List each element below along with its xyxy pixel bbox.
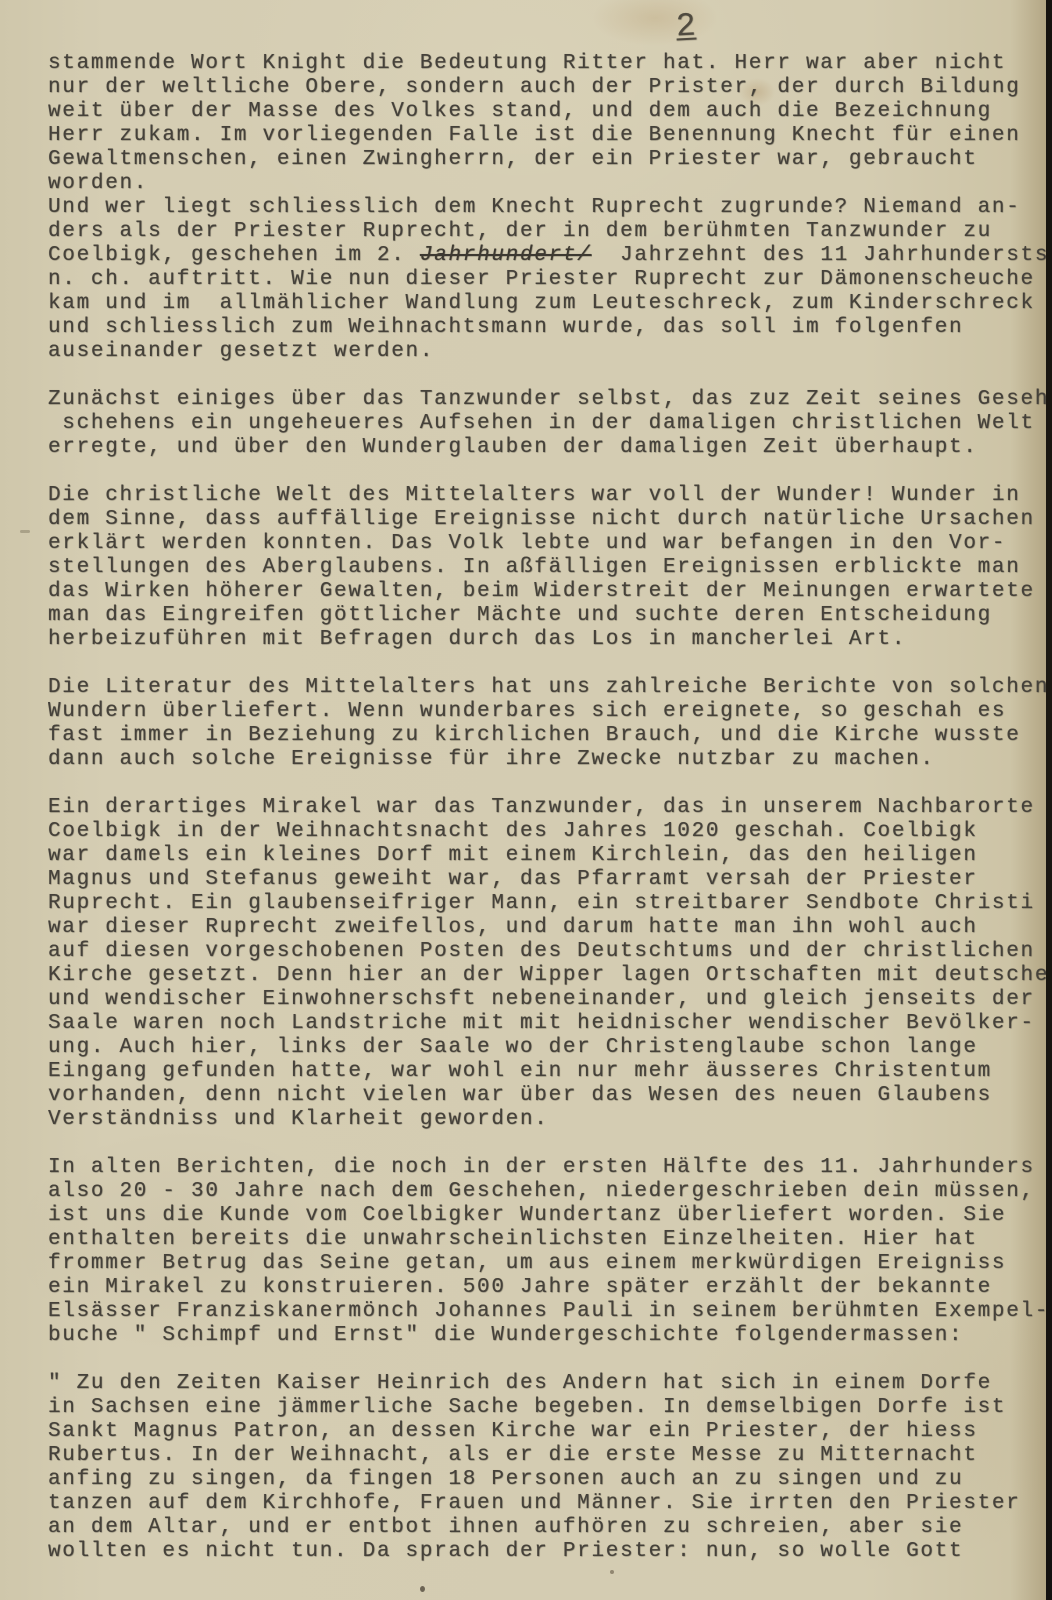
text-segment: Eingang gefunden hatte, war wohl ein nur…: [48, 1060, 992, 1083]
text-line: das Wirken höherer Gewalten, beim Widers…: [48, 580, 1052, 604]
text-line: war dieser Ruprecht zweifellos, und daru…: [48, 916, 1052, 940]
text-line: vorhanden, denn nicht vielen war über da…: [48, 1084, 1052, 1108]
text-segment: herbeizuführen mit Befragen durch das Lo…: [48, 628, 906, 651]
text-line: ist uns die Kunde vom Coelbigker Wundert…: [48, 1204, 1052, 1228]
ink-speck: [610, 1570, 614, 1574]
text-line: Sankt Magnus Patron, an dessen Kirche wa…: [48, 1420, 1052, 1444]
text-line: Die christliche Welt des Mittelalters wa…: [48, 484, 1052, 508]
text-segment: wollten es nicht tun. Da sprach der Prie…: [48, 1540, 963, 1563]
text-line: stellungen des Aberglaubens. In aßfällig…: [48, 556, 1052, 580]
text-segment: Saale waren noch Landstriche mit mit hei…: [48, 1012, 1035, 1035]
text-line: und wendischer Einwohnerschsft nebeneina…: [48, 988, 1052, 1012]
text-segment: stellungen des Aberglaubens. In aßfällig…: [48, 556, 1021, 579]
text-line: auseinander gesetzt werden.: [48, 340, 1052, 364]
text-segment: erklärt werden konnten. Das Volk lebte u…: [48, 532, 1006, 555]
text-segment: " Zu den Zeiten Kaiser Heinrich des Ande…: [48, 1372, 992, 1395]
text-line: Eingang gefunden hatte, war wohl ein nur…: [48, 1060, 1052, 1084]
text-segment: Ein derartiges Mirakel war das Tanzwunde…: [48, 796, 1035, 819]
paragraph: " Zu den Zeiten Kaiser Heinrich des Ande…: [48, 1372, 1052, 1564]
text-segment: Gewaltmenschen, einen Zwingherrn, der ei…: [48, 148, 978, 171]
page-number: 2: [675, 8, 697, 47]
text-line: worden.: [48, 172, 1052, 196]
text-segment: Verständniss und Klarheit geworden.: [48, 1108, 549, 1131]
paper-mark: [20, 530, 30, 533]
text-line: Coelbigk, geschehen im 2. Jahrhundert/ J…: [48, 244, 1052, 268]
text-line: weit über der Masse des Volkes stand, un…: [48, 100, 1052, 124]
paragraph: Ein derartiges Mirakel war das Tanzwunde…: [48, 796, 1052, 1132]
text-segment: nur der weltliche Obere, sondern auch de…: [48, 76, 1021, 99]
scan-edge: [1046, 0, 1052, 1600]
text-segment: an dem Altar, und er entbot ihnen aufhör…: [48, 1516, 963, 1539]
text-line: stammende Wort Knight die Bedeutung Ritt…: [48, 52, 1052, 76]
text-line: anfing zu singen, da fingen 18 Personen …: [48, 1468, 1052, 1492]
text-segment: in Sachsen eine jämmerliche Sache begebe…: [48, 1396, 1006, 1419]
text-segment: tanzen auf dem Kirchhofe, Frauen und Män…: [48, 1492, 1021, 1515]
text-segment: buche " Schimpf und Ernst" die Wunderges…: [48, 1324, 963, 1347]
text-segment: schehens ein ungeheueres Aufsehen in der…: [48, 412, 1052, 435]
text-segment: ders als der Priester Ruprecht, der in d…: [48, 220, 992, 243]
text-line: In alten Berichten, die noch in der erst…: [48, 1156, 1052, 1180]
text-line: auf diesen vorgeschobenen Posten des Deu…: [48, 940, 1052, 964]
text-segment: enthalten bereits die unwahrscheinlichst…: [48, 1228, 978, 1251]
text-segment: ist uns die Kunde vom Coelbigker Wundert…: [48, 1204, 1006, 1227]
text-line: Ein derartiges Mirakel war das Tanzwunde…: [48, 796, 1052, 820]
text-line: frommer Betrug das Seine getan, um aus e…: [48, 1252, 1052, 1276]
text-segment: Herr zukam. Im vorliegenden Falle ist di…: [48, 124, 1021, 147]
text-line: erklärt werden konnten. Das Volk lebte u…: [48, 532, 1052, 556]
text-segment: Sankt Magnus Patron, an dessen Kirche wa…: [48, 1420, 978, 1443]
text-segment: stammende Wort Knight die Bedeutung Ritt…: [48, 52, 1006, 75]
text-segment: Coelbigk in der Weihnachtsnacht des Jahr…: [48, 820, 978, 843]
text-segment: dann auch solche Ereignisse für ihre Zwe…: [48, 748, 935, 771]
text-line: nur der weltliche Obere, sondern auch de…: [48, 76, 1052, 100]
text-line: Coelbigk in der Weihnachtsnacht des Jahr…: [48, 820, 1052, 844]
text-segment: Magnus und Stefanus geweiht war, das Pfa…: [48, 868, 978, 891]
text-line: Magnus und Stefanus geweiht war, das Pfa…: [48, 868, 1052, 892]
text-segment: worden.: [48, 172, 148, 195]
text-line: in Sachsen eine jämmerliche Sache begebe…: [48, 1396, 1052, 1420]
text-line: an dem Altar, und er entbot ihnen aufhör…: [48, 1516, 1052, 1540]
text-line: Und wer liegt schliesslich dem Knecht Ru…: [48, 196, 1052, 220]
text-line: Rubertus. In der Weihnacht, als er die e…: [48, 1444, 1052, 1468]
text-segment: war damels ein kleines Dorf mit einem Ki…: [48, 844, 978, 867]
text-line: Gewaltmenschen, einen Zwingherrn, der ei…: [48, 148, 1052, 172]
text-segment: ung. Auch hier, links der Saale wo der C…: [48, 1036, 978, 1059]
text-line: herbeizuführen mit Befragen durch das Lo…: [48, 628, 1052, 652]
text-line: " Zu den Zeiten Kaiser Heinrich des Ande…: [48, 1372, 1052, 1396]
text-line: ein Mirakel zu konstruieren. 500 Jahre s…: [48, 1276, 1052, 1300]
document-page: 2 stammende Wort Knight die Bedeutung Ri…: [0, 0, 1052, 1600]
text-segment: Die christliche Welt des Mittelalters wa…: [48, 484, 1021, 507]
text-segment: frommer Betrug das Seine getan, um aus e…: [48, 1252, 1006, 1275]
text-segment: erregte, und über den Wunderglauben der …: [48, 436, 978, 459]
text-segment: Rubertus. In der Weihnacht, als er die e…: [48, 1444, 978, 1467]
text-line: wollten es nicht tun. Da sprach der Prie…: [48, 1540, 1052, 1564]
text-line: und schliesslich zum Weihnachtsmann wurd…: [48, 316, 1052, 340]
text-line: n. ch. auftritt. Wie nun dieser Priester…: [48, 268, 1052, 292]
struck-text: Jahrhundert/: [420, 244, 592, 267]
text-segment: und schliesslich zum Weihnachtsmann wurd…: [48, 316, 963, 339]
paragraph: Die christliche Welt des Mittelalters wa…: [48, 484, 1052, 652]
text-line: Ruprecht. Ein glaubenseifriger Mann, ein…: [48, 892, 1052, 916]
text-segment: In alten Berichten, die noch in der erst…: [48, 1156, 1035, 1179]
text-segment: kam und im allmählicher Wandlung zum Leu…: [48, 292, 1035, 315]
text-segment: also 20 - 30 Jahre nach dem Geschehen, n…: [48, 1180, 1035, 1203]
text-segment: Coelbigk, geschehen im 2.: [48, 244, 420, 267]
text-line: Elsässer Franziskanermönch Johannes Paul…: [48, 1300, 1052, 1324]
text-line: Zunächst einiges über das Tanzwunder sel…: [48, 388, 1052, 412]
text-line: war damels ein kleines Dorf mit einem Ki…: [48, 844, 1052, 868]
text-line: dann auch solche Ereignisse für ihre Zwe…: [48, 748, 1052, 772]
text-segment: Ruprecht. Ein glaubenseifriger Mann, ein…: [48, 892, 1035, 915]
text-line: buche " Schimpf und Ernst" die Wunderges…: [48, 1324, 1052, 1348]
paragraph: stammende Wort Knight die Bedeutung Ritt…: [48, 52, 1052, 364]
text-segment: Zunächst einiges über das Tanzwunder sel…: [48, 388, 1052, 411]
text-line: ders als der Priester Ruprecht, der in d…: [48, 220, 1052, 244]
text-line: schehens ein ungeheueres Aufsehen in der…: [48, 412, 1052, 436]
text-segment: Und wer liegt schliesslich dem Knecht Ru…: [48, 196, 1021, 219]
text-segment: auseinander gesetzt werden.: [48, 340, 434, 363]
text-segment: Die Literatur des Mittelalters hat uns z…: [48, 676, 1049, 699]
text-line: Die Literatur des Mittelalters hat uns z…: [48, 676, 1052, 700]
text-segment: n. ch. auftritt. Wie nun dieser Priester…: [48, 268, 1035, 291]
text-segment: Jahrzehnt des 11 Jahrhundersts: [591, 244, 1049, 267]
text-segment: und wendischer Einwohnerschsft nebeneina…: [48, 988, 1035, 1011]
text-line: tanzen auf dem Kirchhofe, Frauen und Män…: [48, 1492, 1052, 1516]
typewritten-text: stammende Wort Knight die Bedeutung Ritt…: [48, 52, 1052, 1564]
text-line: Saale waren noch Landstriche mit mit hei…: [48, 1012, 1052, 1036]
text-segment: weit über der Masse des Volkes stand, un…: [48, 100, 992, 123]
paragraph: In alten Berichten, die noch in der erst…: [48, 1156, 1052, 1348]
paragraph: Die Literatur des Mittelalters hat uns z…: [48, 676, 1052, 772]
text-segment: war dieser Ruprecht zweifellos, und daru…: [48, 916, 978, 939]
text-line: dem Sinne, dass auffällige Ereignisse ni…: [48, 508, 1052, 532]
text-line: erregte, und über den Wunderglauben der …: [48, 436, 1052, 460]
text-line: enthalten bereits die unwahrscheinlichst…: [48, 1228, 1052, 1252]
text-line: ung. Auch hier, links der Saale wo der C…: [48, 1036, 1052, 1060]
text-segment: vorhanden, denn nicht vielen war über da…: [48, 1084, 992, 1107]
text-segment: man das Eingreifen göttlicher Mächte und…: [48, 604, 992, 627]
text-line: also 20 - 30 Jahre nach dem Geschehen, n…: [48, 1180, 1052, 1204]
text-segment: anfing zu singen, da fingen 18 Personen …: [48, 1468, 963, 1491]
text-segment: Wundern überliefert. Wenn wunderbares si…: [48, 700, 1006, 723]
text-segment: Elsässer Franziskanermönch Johannes Paul…: [48, 1300, 1049, 1323]
text-segment: Kirche gesetzt. Denn hier an der Wipper …: [48, 964, 1049, 987]
text-line: fast immer in Beziehung zu kirchlichen B…: [48, 724, 1052, 748]
text-segment: dem Sinne, dass auffällige Ereignisse ni…: [48, 508, 1035, 531]
ink-speck: [420, 1586, 425, 1592]
text-line: kam und im allmählicher Wandlung zum Leu…: [48, 292, 1052, 316]
paragraph: Zunächst einiges über das Tanzwunder sel…: [48, 388, 1052, 460]
text-line: Wundern überliefert. Wenn wunderbares si…: [48, 700, 1052, 724]
text-segment: das Wirken höherer Gewalten, beim Widers…: [48, 580, 1035, 603]
text-segment: auf diesen vorgeschobenen Posten des Deu…: [48, 940, 1035, 963]
text-line: Kirche gesetzt. Denn hier an der Wipper …: [48, 964, 1052, 988]
text-segment: fast immer in Beziehung zu kirchlichen B…: [48, 724, 1021, 747]
text-line: Verständniss und Klarheit geworden.: [48, 1108, 1052, 1132]
text-line: man das Eingreifen göttlicher Mächte und…: [48, 604, 1052, 628]
text-segment: ein Mirakel zu konstruieren. 500 Jahre s…: [48, 1276, 992, 1299]
text-line: Herr zukam. Im vorliegenden Falle ist di…: [48, 124, 1052, 148]
